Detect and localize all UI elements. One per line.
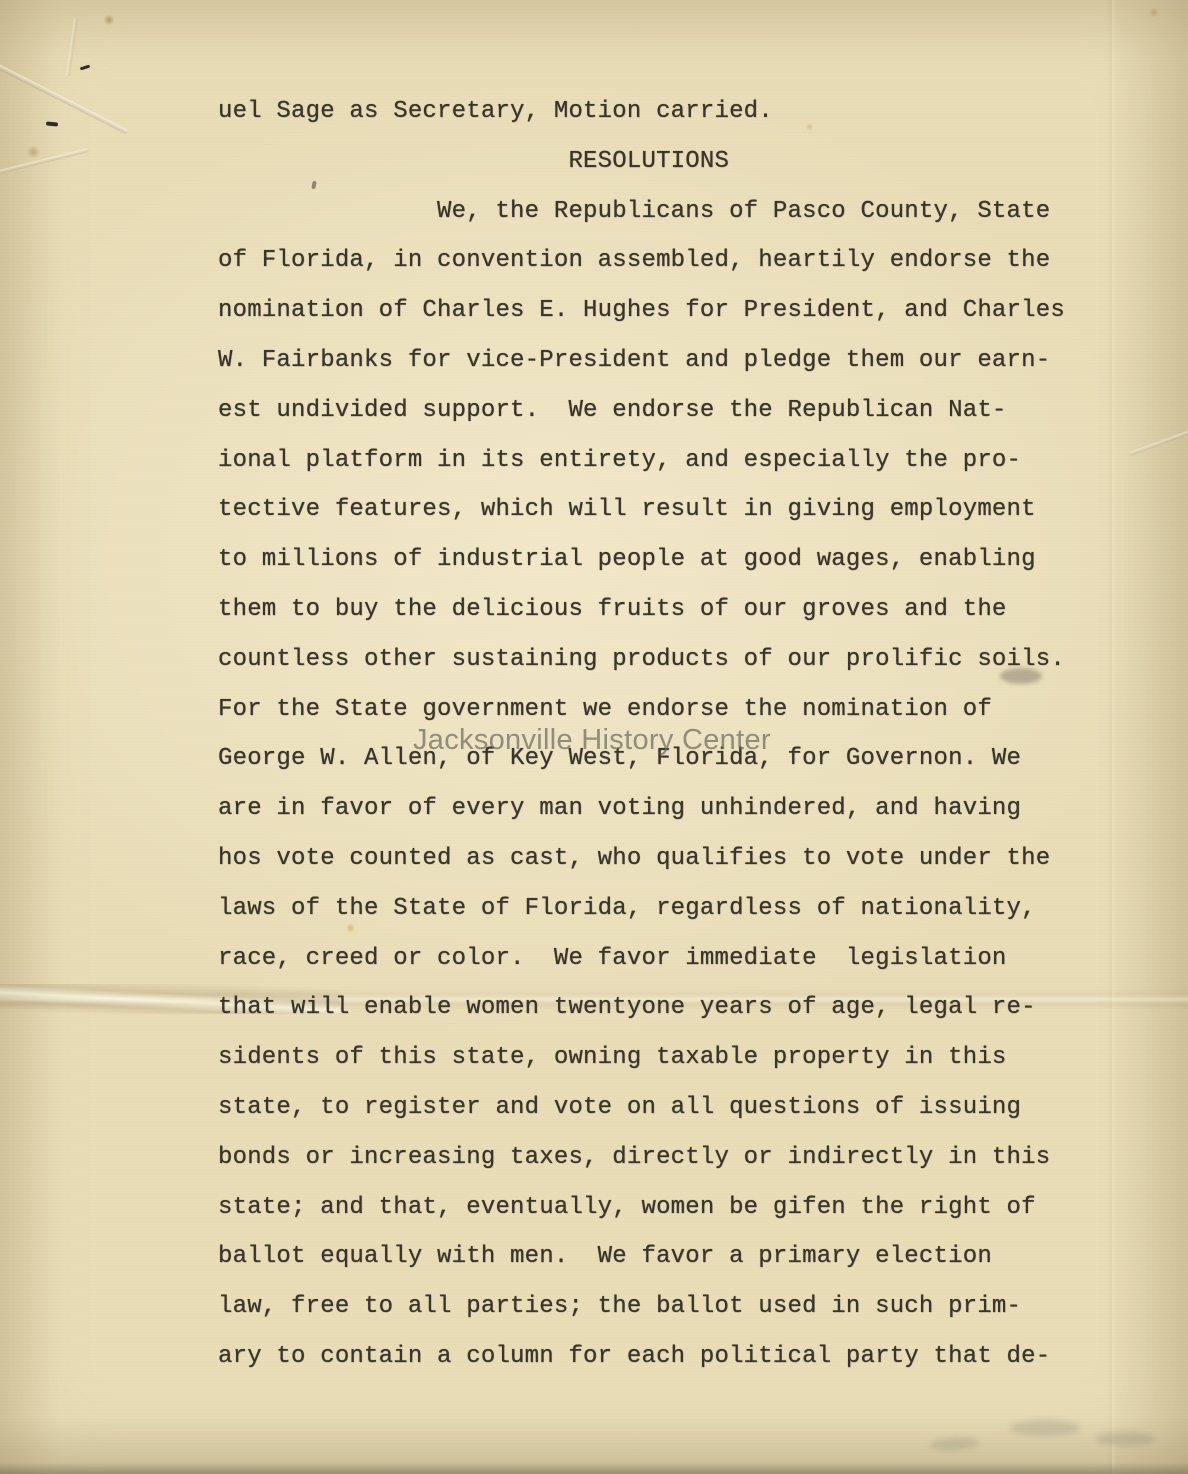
bleed-through-mark — [930, 1437, 981, 1452]
text-line: state, to register and vote on all quest… — [218, 1083, 1118, 1133]
bleed-through-mark — [1095, 1432, 1155, 1446]
text-line: ional platform in its entirety, and espe… — [218, 436, 1118, 486]
text-line: countless other sustaining products of o… — [218, 635, 1118, 685]
text-line: that will enable women twentyone years o… — [218, 983, 1118, 1033]
text-line: nomination of Charles E. Hughes for Pres… — [218, 286, 1118, 336]
tear-mark — [46, 121, 58, 126]
text-line: ary to contain a column for each politic… — [218, 1332, 1118, 1382]
text-line: laws of the State of Florida, regardless… — [218, 884, 1118, 934]
text-line: ballot equally with men. We favor a prim… — [218, 1232, 1118, 1282]
text-line: est undivided support. We endorse the Re… — [218, 386, 1118, 436]
edge-crease — [1129, 428, 1188, 456]
typewritten-text: uel Sage as Secretary, Motion carried. R… — [218, 87, 1118, 1382]
bleed-through-mark — [1010, 1420, 1080, 1436]
text-line: W. Fairbanks for vice-President and pled… — [218, 336, 1118, 386]
tear-mark — [80, 65, 90, 71]
corner-crease — [0, 62, 129, 135]
text-line: state; and that, eventually, women be gi… — [218, 1183, 1118, 1233]
text-line: RESOLUTIONS — [218, 137, 1118, 187]
text-line: We, the Republicans of Pasco County, Sta… — [218, 187, 1118, 237]
document-page: uel Sage as Secretary, Motion carried. R… — [0, 0, 1188, 1474]
scan-edge-shadow — [0, 1462, 1188, 1474]
text-line: bonds or increasing taxes, directly or i… — [218, 1133, 1118, 1183]
text-line: uel Sage as Secretary, Motion carried. — [218, 87, 1118, 137]
corner-crease — [66, 18, 78, 76]
text-line: sidents of this state, owning taxable pr… — [218, 1033, 1118, 1083]
text-line: law, free to all parties; the ballot use… — [218, 1282, 1118, 1332]
text-line: are in favor of every man voting unhinde… — [218, 784, 1118, 834]
stain — [26, 146, 41, 158]
text-line: race, creed or color. We favor immediate… — [218, 934, 1118, 984]
corner-crease — [0, 148, 89, 176]
text-line: of Florida, in convention assembled, hea… — [218, 236, 1118, 286]
text-line: George W. Allen, of Key West, Florida, f… — [218, 734, 1118, 784]
stain — [1148, 8, 1160, 17]
text-line: tective features, which will result in g… — [218, 485, 1118, 535]
text-line: them to buy the delicious fruits of our … — [218, 585, 1118, 635]
text-line: For the State government we endorse the … — [218, 685, 1118, 735]
text-line: to millions of industrial people at good… — [218, 535, 1118, 585]
stain — [103, 15, 115, 25]
text-line: hos vote counted as cast, who qualifies … — [218, 834, 1118, 884]
